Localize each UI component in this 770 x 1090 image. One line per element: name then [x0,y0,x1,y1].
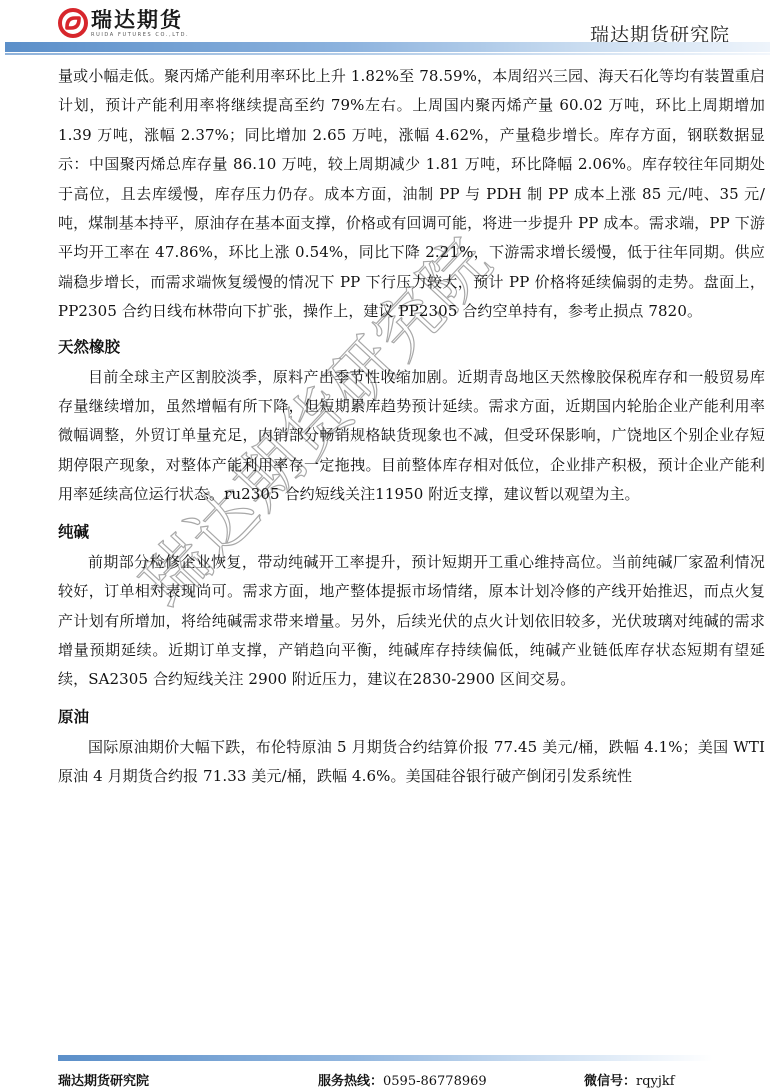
header-divider-line [5,53,770,55]
report-body: 量或小幅走低。聚丙烯产能利用率环比上升 1.82%至 78.59%，本周绍兴三园… [58,62,765,792]
section-natural-rubber: 天然橡胶 目前全球主产区割胶淡季，原料产出季节性收缩加剧。近期青岛地区天然橡胶保… [58,337,765,510]
footer-divider-bar [58,1055,713,1061]
section-crude-oil: 原油 国际原油期价大幅下跌，布伦特原油 5 月期货合约结算价报 77.45 美元… [58,707,765,792]
footer-hotline: 服务热线：0595-86778969 [318,1070,487,1089]
wechat-label: 微信号： [584,1074,636,1089]
section-soda-ash: 纯碱 前期部分检修企业恢复，带动纯碱开工率提升，预计短期开工重心维持高位。当前纯… [58,522,765,695]
section-title: 原油 [58,707,765,727]
wechat-id: rqyjkf [636,1074,675,1089]
body-paragraph: 前期部分检修企业恢复，带动纯碱开工率提升，预计短期开工重心维持高位。当前纯碱厂家… [58,548,765,695]
body-paragraph: 量或小幅走低。聚丙烯产能利用率环比上升 1.82%至 78.59%，本周绍兴三园… [58,62,765,327]
ruida-swirl-logo-icon [58,8,88,38]
footer-org-name: 瑞达期货研究院 [58,1070,149,1089]
page-header: 瑞达期货 RUIDA FUTURES CO.,LTD. 瑞达期货研究院 [0,0,770,56]
hotline-number: 0595-86778969 [383,1074,487,1089]
section-polypropylene: 量或小幅走低。聚丙烯产能利用率环比上升 1.82%至 78.59%，本周绍兴三园… [58,62,765,327]
body-paragraph: 目前全球主产区割胶淡季，原料产出季节性收缩加剧。近期青岛地区天然橡胶保税库存和一… [58,363,765,510]
section-title: 纯碱 [58,522,765,542]
body-paragraph: 国际原油期价大幅下跌，布伦特原油 5 月期货合约结算价报 77.45 美元/桶，… [58,733,765,792]
logo-english-name: RUIDA FUTURES CO.,LTD. [91,32,189,39]
header-divider-bar [5,42,770,52]
company-logo: 瑞达期货 RUIDA FUTURES CO.,LTD. [58,5,189,41]
section-title: 天然橡胶 [58,337,765,357]
page-footer: 瑞达期货研究院 服务热线：0595-86778969 微信号：rqyjkf [0,1050,770,1090]
logo-chinese-name: 瑞达期货 [91,8,189,32]
hotline-label: 服务热线： [318,1074,383,1089]
footer-wechat: 微信号：rqyjkf [584,1070,675,1089]
